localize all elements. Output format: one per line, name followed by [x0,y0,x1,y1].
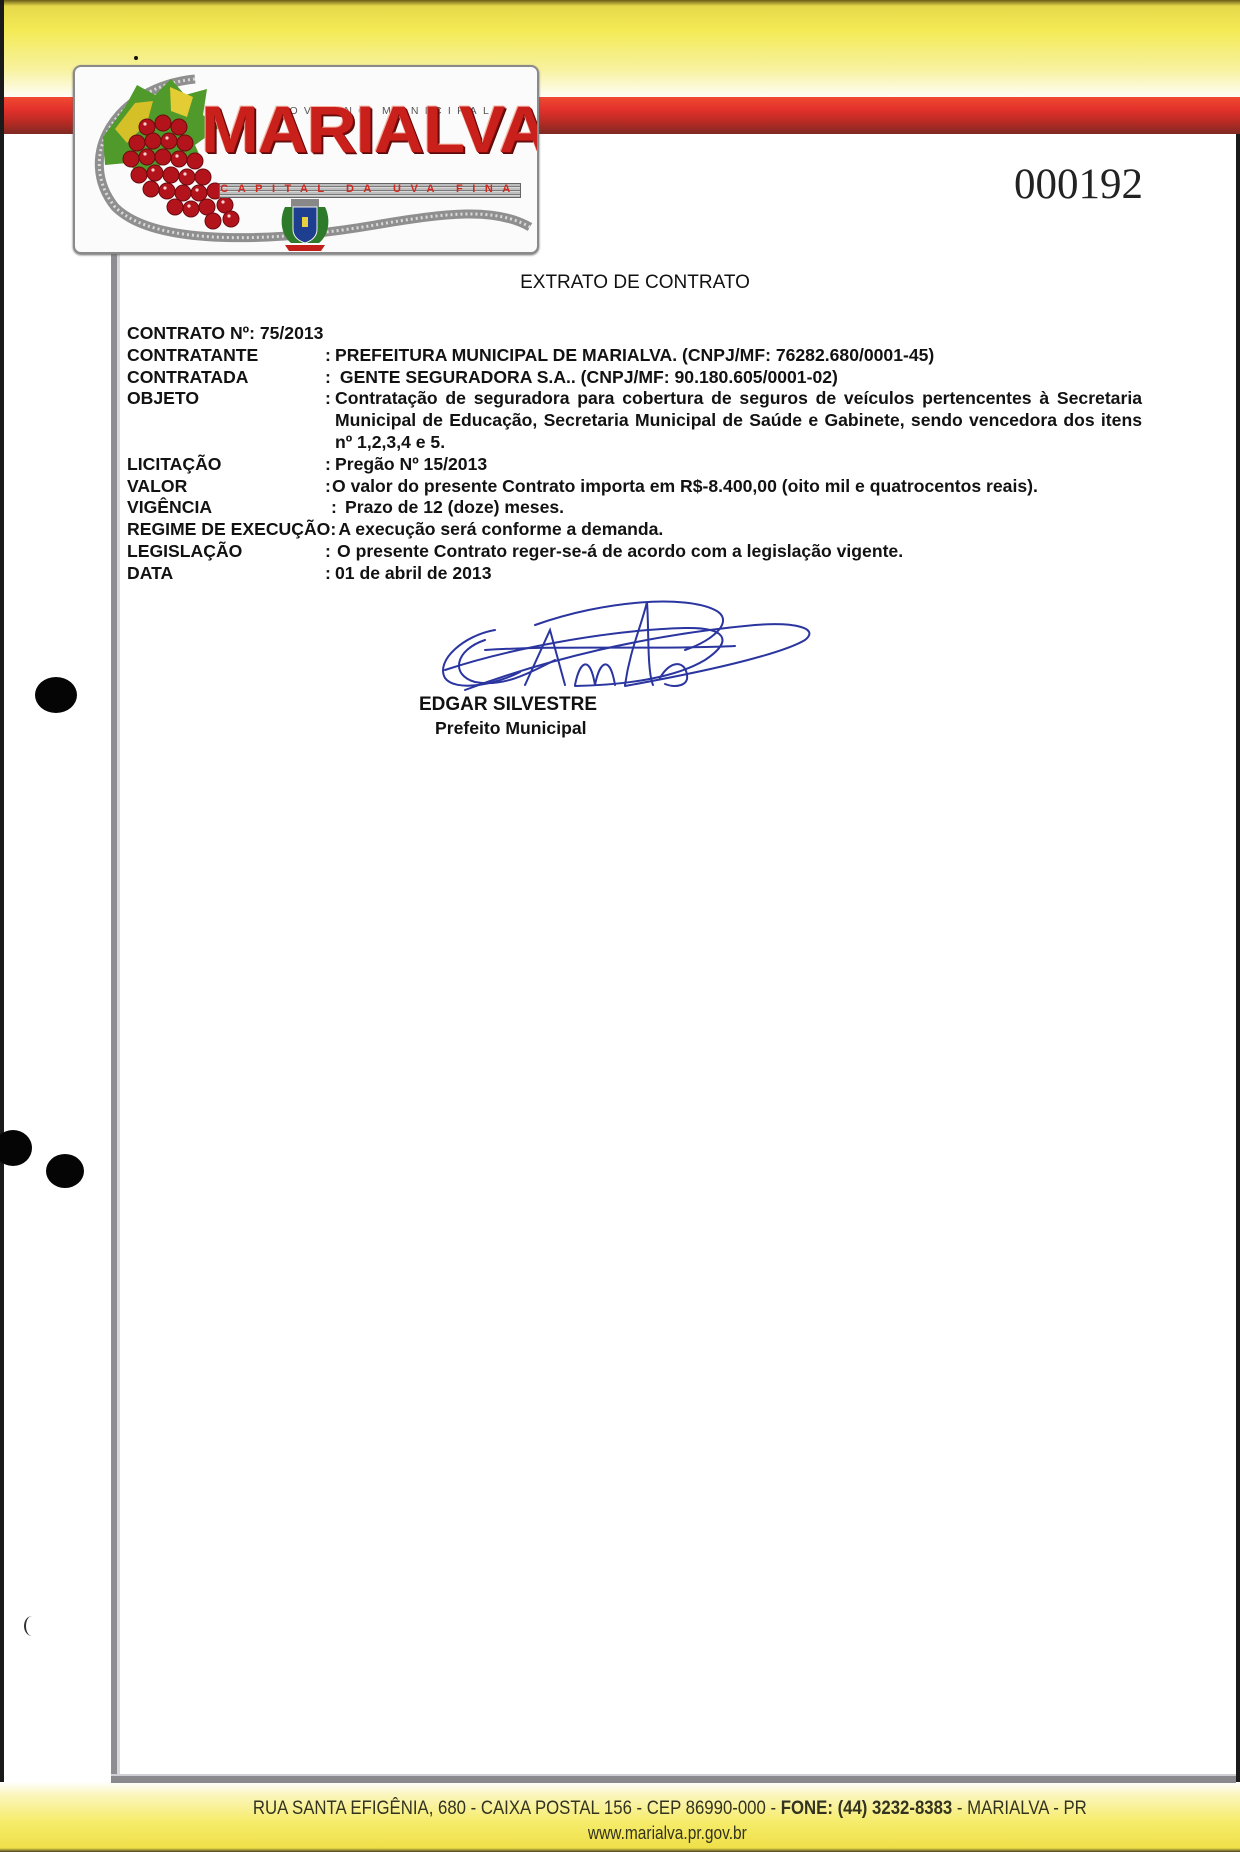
scan-right-edge [1236,134,1240,1852]
field-label: REGIME DE EXECUÇÃO [127,519,330,541]
field-label: DATA [127,563,325,585]
logo-slogan: CAPITAL DA UVA FINA [220,183,520,195]
logo-brand-name: MARIALVA [201,91,539,167]
field-separator: : [325,454,335,476]
field-label: VIGÊNCIA [127,497,331,519]
field-data: DATA : 01 de abril de 2013 [127,563,1142,585]
field-licitacao: LICITAÇÃO : Pregão Nº 15/2013 [127,454,1142,476]
field-vigencia: VIGÊNCIA : Prazo de 12 (doze) meses. [127,497,1142,519]
contract-extract: CONTRATO Nº: 75/2013 CONTRATANTE : PREFE… [127,323,1142,585]
field-value: 01 de abril de 2013 [335,563,1142,585]
punch-hole-mark [0,1130,32,1166]
field-separator: : [325,388,335,453]
field-value: A execução será conforme a demanda. [338,519,1142,541]
scan-smudge-mark [24,1616,40,1636]
field-separator: : [325,367,335,389]
field-label: VALOR [127,476,325,498]
handwritten-signature-icon [425,590,825,700]
footer-city: - MARIALVA - PR [952,1797,1086,1819]
field-label: CONTRATANTE [127,345,325,367]
field-value: Contratação de seguradora para cobertura… [335,388,1142,453]
document-title: EXTRATO DE CONTRATO [0,272,1240,294]
field-legislacao: LEGISLAÇÃO : O presente Contrato reger-s… [127,541,1142,563]
field-valor: VALOR : O valor do presente Contrato imp… [127,476,1142,498]
footer-website-line: www.marialva.pr.gov.br [0,1823,1240,1844]
signer-role: Prefeito Municipal [435,718,587,739]
document-number-stamp: 000192 [1014,160,1143,209]
field-value: O presente Contrato reger-se-á de acordo… [337,541,1142,563]
field-separator: : [331,497,345,519]
footer-address-line: RUA SANTA EFIGÊNIA, 680 - CAIXA POSTAL 1… [0,1797,1240,1820]
footer-phone: FONE: (44) 3232-8383 [781,1797,953,1819]
scan-dot-mark [134,56,138,60]
field-contratante: CONTRATANTE : PREFEITURA MUNICIPAL DE MA… [127,345,1142,367]
field-separator: : [325,476,332,498]
signer-name: EDGAR SILVESTRE [419,694,597,716]
field-separator: : [325,345,335,367]
municipal-logo: GOVERNO MUNICIPAL MARIALVA CAPITAL DA UV… [73,65,539,254]
field-objeto: OBJETO : Contratação de seguradora para … [127,388,1142,453]
field-value: O valor do presente Contrato importa em … [332,476,1142,498]
punch-hole-mark [35,677,77,713]
field-separator: : [325,563,335,585]
footer-website: www.marialva.pr.gov.br [588,1823,747,1844]
field-separator: : [325,541,337,563]
field-value: Prazo de 12 (doze) meses. [345,497,1142,519]
logo-slogan-banner: CAPITAL DA UVA FINA [219,183,521,198]
field-contratada: CONTRATADA : GENTE SEGURADORA S.A.. (CNP… [127,367,1142,389]
field-separator: : [330,519,338,541]
page-frame-bottom-line [111,1774,1236,1783]
field-label: LEGISLAÇÃO [127,541,325,563]
field-value: GENTE SEGURADORA S.A.. (CNPJ/MF: 90.180.… [335,367,1142,389]
field-regime-execucao: REGIME DE EXECUÇÃO : A execução será con… [127,519,1142,541]
punch-hole-mark [46,1154,84,1188]
field-label: CONTRATADA [127,367,325,389]
page-frame-left-line [111,250,120,1780]
contract-number: CONTRATO Nº: 75/2013 [127,323,1142,345]
footer-address: RUA SANTA EFIGÊNIA, 680 - CAIXA POSTAL 1… [253,1797,781,1819]
field-value: PREFEITURA MUNICIPAL DE MARIALVA. (CNPJ/… [335,345,1142,367]
field-value: Pregão Nº 15/2013 [335,454,1142,476]
field-label: OBJETO [127,388,325,453]
field-label: LICITAÇÃO [127,454,325,476]
